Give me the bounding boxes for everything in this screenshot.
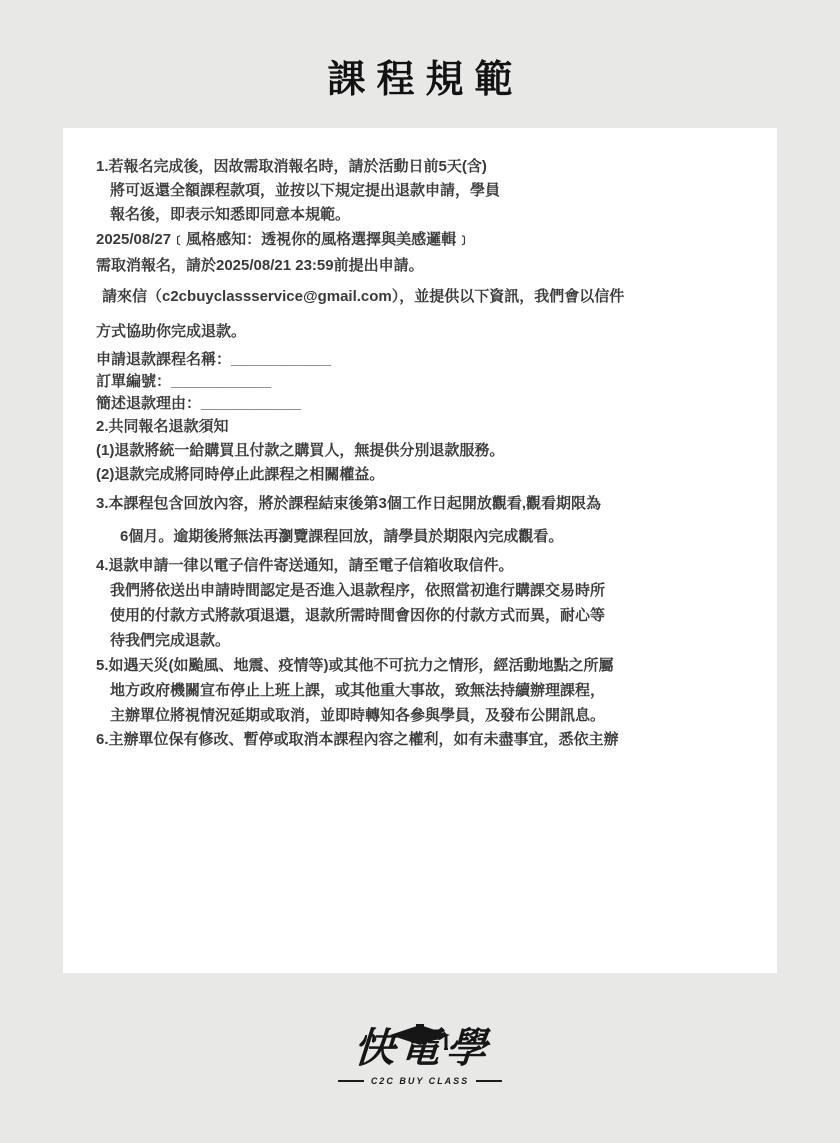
rule-5-force-majeure: 5.如遇天災(如颱風、地震、疫情等)或其他不可抗力之情形，經活動地點之所屬 地方…	[96, 653, 743, 728]
page-title: 課程規範	[0, 48, 840, 103]
rule-1-contact-email: 請來信（c2cbuyclassservice@gmail.com），並提供以下資…	[96, 279, 743, 349]
tagline-text: C2C BUY CLASS	[371, 1076, 469, 1086]
rule-1-course-date: 2025/08/27﹝風格感知：透視你的風格選擇與美感邏輯﹞ 需取消報名，請於2…	[96, 227, 743, 279]
rule-6-organizer-rights: 6.主辦單位保有修改、暫停或取消本課程內容之權利，如有未盡事宜，悉依主辦	[96, 728, 743, 752]
brand-name: 快電學	[336, 1022, 504, 1074]
rule-1-intro: 1.若報名完成後，因故需取消報名時，請於活動日前5天(含) 將可返還全額課程款項…	[96, 155, 743, 227]
tagline-left-rule	[338, 1080, 364, 1082]
rules-card: 1.若報名完成後，因故需取消報名時，請於活動日前5天(含) 將可返還全額課程款項…	[63, 128, 777, 973]
tagline-right-rule	[476, 1080, 502, 1082]
brand-lockup: 快電學 C2C BUY CLASS	[338, 1022, 502, 1086]
brand-logo: 快電學 C2C BUY CLASS	[0, 1022, 840, 1087]
rule-2-item-1: (1)退款將統一給購買且付款之購買人，無提供分別退款服務。	[96, 439, 743, 463]
rule-4-refund-process: 4.退款申請一律以電子信件寄送通知，請至電子信箱收取信件。 我們將依送出申請時間…	[96, 553, 743, 653]
rule-2-item-2: (2)退款完成將同時停止此課程之相關權益。	[96, 463, 743, 487]
rule-1-refund-fields: 申請退款課程名稱：____________ 訂單編號：____________ …	[96, 349, 743, 415]
rule-3-replay-policy: 3.本課程包含回放內容，將於課程結束後第3個工作日起開放觀看,觀看期限為 6個月…	[96, 487, 743, 553]
rule-2-title: 2.共同報名退款須知	[96, 415, 743, 439]
brand-tagline: C2C BUY CLASS	[338, 1076, 502, 1086]
